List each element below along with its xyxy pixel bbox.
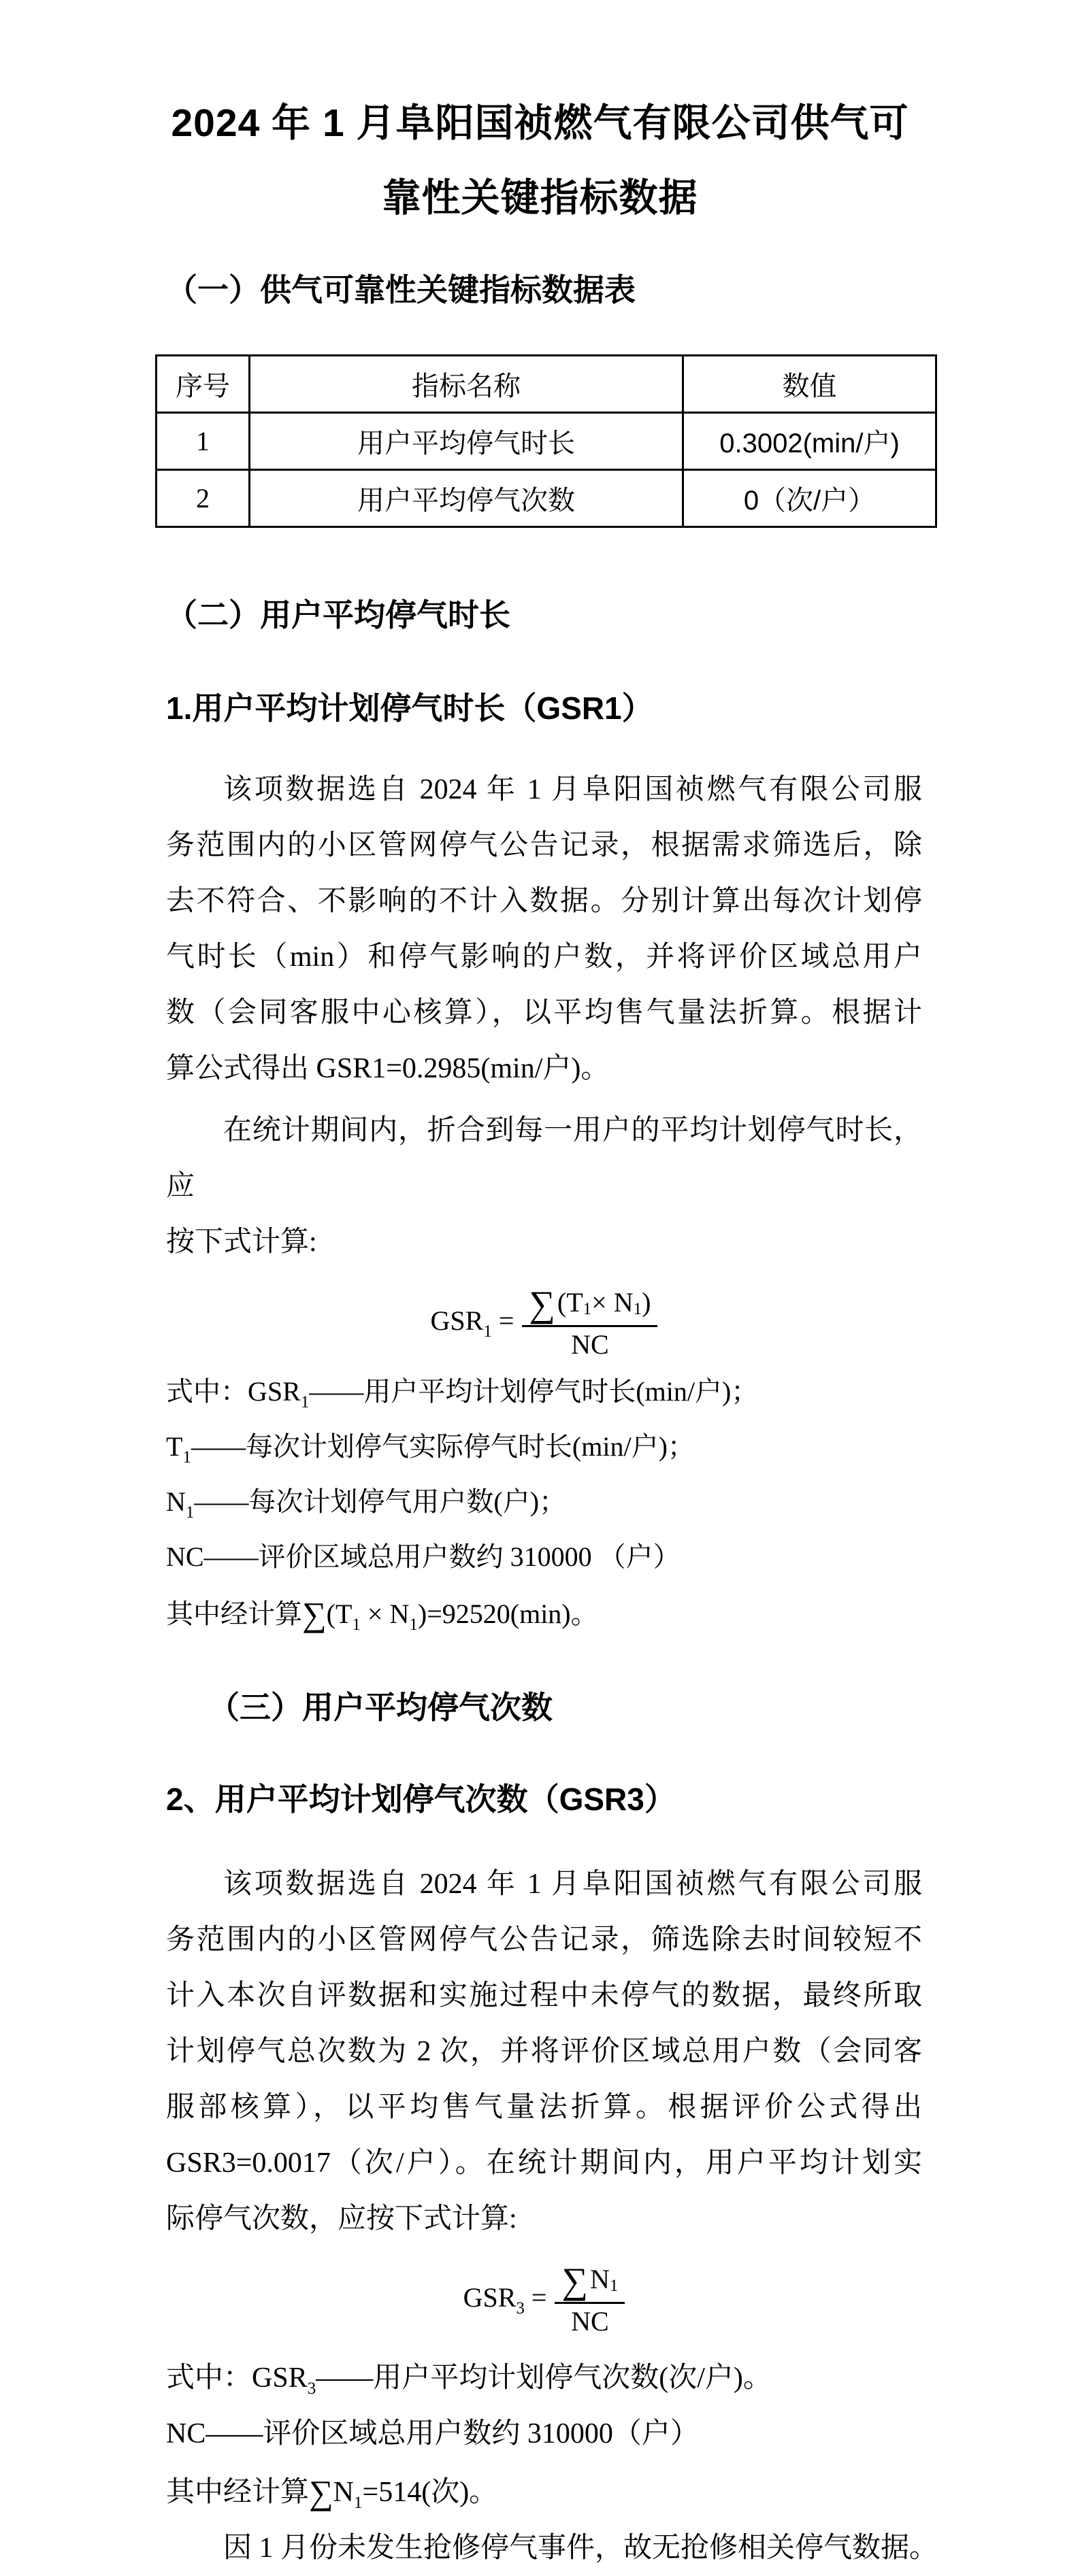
equals-sign: = [531, 2284, 547, 2311]
definition-subscript: 1 [354, 2494, 363, 2512]
paragraph-line: 该项数据选自 2024 年 1 月阜阳国祯燃气有限公司服 [166, 762, 922, 818]
definition-line: 其中经计算∑N1=514(次)。 [166, 2462, 922, 2520]
definition-text: )=92520(min)。 [418, 1599, 598, 1629]
definition-text: ——每次计划停气用户数(户)； [194, 1486, 566, 1517]
formula-fraction: ∑N1 NC [555, 2260, 625, 2335]
definition-text: ——用户平均计划停气次数(次/户)。 [316, 2362, 772, 2394]
definition-subscript: 1 [352, 1616, 361, 1634]
table-header-row: 序号 指标名称 数值 [157, 356, 936, 413]
paragraph-line: 该项数据选自 2024 年 1 月阜阳国祯燃气有限公司服 [166, 1856, 922, 1912]
definition-subscript: 1 [409, 1616, 418, 1634]
gsr1-subheading: 1.用户平均计划停气时长（GSR1） [166, 689, 922, 727]
document-title: 2024 年 1 月阜阳国祯燃气有限公司供气可 靠性关键指标数据 [0, 86, 1080, 235]
paragraph-line: 务范围内的小区管网停气公告记录，筛选除去时间较短不 [166, 1912, 922, 1968]
definition-text: ——每次计划停气实际停气时长(min/户)； [191, 1431, 695, 1462]
definition-text: N [333, 2477, 354, 2508]
equals-sign: = [499, 1307, 514, 1335]
sigma-symbol: ∑ [302, 1595, 327, 1633]
formula-lhs: GSR3 [463, 2284, 525, 2311]
formula-fraction: ∑(T1 × N1) NC [522, 1283, 657, 1358]
definition-text: 式中：GSR [166, 1376, 301, 1407]
kpi-table-header: 序号 指标名称 数值 [157, 356, 936, 413]
numerator-text: N [590, 2266, 610, 2293]
gsr1-definitions: 式中：GSR1——用户平均计划停气时长(min/户)； T1——每次计划停气实际… [166, 1364, 922, 1641]
row2-no: 2 [157, 470, 250, 527]
document-page: 2024 年 1 月阜阳国祯燃气有限公司供气可 靠性关键指标数据 （一）供气可靠… [0, 0, 1080, 2576]
paragraph-line: 数（会同客服中心核算），以平均售气量法折算。根据计 [166, 985, 922, 1041]
title-line-2: 靠性关键指标数据 [0, 161, 1080, 235]
paragraph-line: 计入本次自评数据和实施过程中未停气的数据，最终所取 [166, 1968, 922, 2024]
fraction-denominator: NC [555, 2302, 625, 2335]
definition-line: NC——评价区域总用户数约 310000 （户） [166, 1529, 922, 1584]
gsr3-subheading: 2、用户平均计划停气次数（GSR3） [166, 1780, 922, 1818]
sigma-symbol: ∑ [309, 2473, 333, 2511]
header-cell-no: 序号 [157, 356, 250, 413]
definition-subscript: 1 [186, 1503, 195, 1522]
fraction-numerator: ∑N1 [555, 2260, 625, 2302]
formula-lhs: GSR1 [431, 1307, 492, 1335]
row1-no: 1 [157, 413, 250, 470]
paragraph-line: 际停气次数，应按下式计算: [166, 2191, 922, 2247]
definition-text: 其中经计算 [166, 2477, 309, 2508]
definition-subscript: 1 [301, 1393, 310, 1411]
fraction-numerator: ∑(T1 × N1) [522, 1283, 657, 1325]
definition-text: =514(次)。 [363, 2477, 498, 2508]
definition-text: T [166, 1431, 182, 1462]
definition-text: N [166, 1486, 186, 1517]
fraction-denominator: NC [522, 1325, 657, 1358]
kpi-table-body: 1 用户平均停气时长 0.3002(min/户) 2 用户平均停气次数 0（次/… [157, 413, 936, 527]
paragraph-line: 去不符合、不影响的不计入数据。分别计算出每次计划停 [166, 873, 922, 929]
definition-line: N1——每次计划停气用户数(户)； [166, 1474, 922, 1529]
definition-subscript: 3 [308, 2379, 316, 2398]
formula-lhs-base: GSR [463, 2284, 517, 2311]
row2-name: 用户平均停气次数 [250, 470, 683, 527]
kpi-table: 序号 指标名称 数值 1 用户平均停气时长 0.3002(min/户) 2 用户… [155, 354, 937, 528]
formula-lhs-base: GSR [431, 1307, 484, 1335]
section2-heading: （二）用户平均停气时长 [166, 596, 922, 634]
header-cell-value: 数值 [683, 356, 936, 413]
title-line-1: 2024 年 1 月阜阳国祯燃气有限公司供气可 [0, 86, 1080, 161]
gsr3-definitions: 式中：GSR3——用户平均计划停气次数(次/户)。 NC——评价区域总用户数约 … [166, 2350, 922, 2576]
table-row: 2 用户平均停气次数 0（次/户） [157, 470, 936, 527]
numerator-text: × N [591, 1289, 633, 1316]
table-row: 1 用户平均停气时长 0.3002(min/户) [157, 413, 936, 470]
gsr1-formula: GSR1 = ∑(T1 × N1) NC [166, 1283, 922, 1358]
paragraph-line: 计划停气总次数为 2 次，并将评价区域总用户数（会同客 [166, 2024, 922, 2079]
sigma-symbol: ∑ [529, 1286, 555, 1322]
header-cell-name: 指标名称 [250, 356, 683, 413]
paragraph-line: 务范围内的小区管网停气公告记录，根据需求筛选后，除 [166, 818, 922, 873]
gsr1-paragraph-2: 在统计期间内，折合到每一用户的平均计划停气时长，应 按下式计算: [166, 1103, 922, 1270]
definition-line: T1——每次计划停气实际停气时长(min/户)； [166, 1419, 922, 1474]
numerator-text: (T [557, 1289, 583, 1316]
definition-text: (T [327, 1599, 353, 1629]
row1-name: 用户平均停气时长 [250, 413, 683, 470]
definition-line: 式中：GSR1——用户平均计划停气时长(min/户)； [166, 1364, 922, 1419]
paragraph-line: 服部核算），以平均售气量法折算。根据评价公式得出 [166, 2079, 922, 2135]
definition-text: × N [361, 1599, 409, 1629]
sigma-symbol: ∑ [561, 2262, 588, 2299]
row2-value: 0（次/户） [683, 470, 936, 527]
gsr3-formula: GSR3 = ∑N1 NC [166, 2260, 922, 2335]
definition-line: 式中：GSR3——用户平均计划停气次数(次/户)。 [166, 2350, 922, 2406]
paragraph-line: GSR3=0.0017（次/户）。在统计期间内，用户平均计划实 [166, 2135, 922, 2191]
definition-text: ——用户平均计划停气时长(min/户)； [309, 1376, 758, 1407]
definition-text: 其中经计算 [166, 1599, 302, 1629]
definition-subscript: 1 [182, 1448, 191, 1467]
closing-note: 因 1 月份未发生抢修停气事件，故无抢修相关停气数据。 [166, 2520, 922, 2576]
numerator-text: ) [642, 1289, 651, 1316]
paragraph-line: 在统计期间内，折合到每一用户的平均计划停气时长，应 [166, 1103, 922, 1214]
gsr1-paragraph: 该项数据选自 2024 年 1 月阜阳国祯燃气有限公司服 务范围内的小区管网停气… [166, 762, 922, 1097]
paragraph-line: 算公式得出 GSR1=0.2985(min/户)。 [166, 1041, 922, 1097]
gsr3-paragraph: 该项数据选自 2024 年 1 月阜阳国祯燃气有限公司服 务范围内的小区管网停气… [166, 1856, 922, 2247]
row1-value: 0.3002(min/户) [683, 413, 936, 470]
definition-line: NC——评价区域总用户数约 310000（户） [166, 2406, 922, 2462]
definition-line: 其中经计算∑(T1 × N1)=92520(min)。 [166, 1584, 922, 1641]
definition-text: 式中：GSR [166, 2362, 308, 2394]
section1-heading: （一）供气可靠性关键指标数据表 [166, 271, 922, 309]
paragraph-line: 气时长（min）和停气影响的户数，并将评价区域总用户 [166, 929, 922, 985]
paragraph-line: 按下式计算: [166, 1214, 922, 1270]
section3-heading: （三）用户平均停气次数 [208, 1688, 922, 1726]
